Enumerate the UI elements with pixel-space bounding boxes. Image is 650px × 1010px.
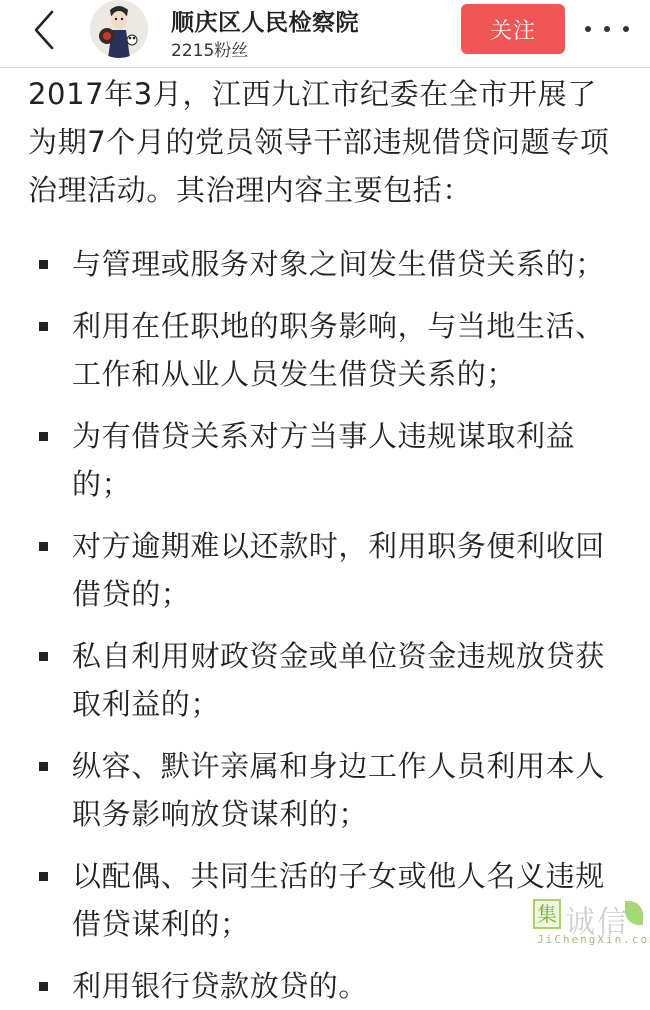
article-intro: 2017年3月，江西九江市纪委在全市开展了为期7个月的党员领导干部违规借贷问题专… bbox=[28, 70, 622, 214]
bullet-square-icon bbox=[39, 432, 48, 441]
watermark-logo-box: 集 bbox=[533, 899, 561, 929]
list-item: 对方逾期难以还款时，利用职务便利收回借贷的； bbox=[28, 522, 622, 618]
watermark-url: JiChengXin.com bbox=[537, 933, 650, 946]
bullet-square-icon bbox=[39, 652, 48, 661]
top-bar: 顺庆区人民检察院 2215粉丝 关注 bbox=[0, 0, 650, 68]
bullet-square-icon bbox=[39, 762, 48, 771]
follow-button[interactable]: 关注 bbox=[461, 4, 565, 54]
bullet-square-icon bbox=[39, 260, 48, 269]
bullet-square-icon bbox=[39, 322, 48, 331]
account-name[interactable]: 顺庆区人民检察院 bbox=[171, 4, 359, 37]
bullet-square-icon bbox=[39, 872, 48, 881]
list-item: 利用在任职地的职务影响，与当地生活、工作和从业人员发生借贷关系的； bbox=[28, 302, 622, 398]
article-body: 2017年3月，江西九江市纪委在全市开展了为期7个月的党员领导干部违规借贷问题专… bbox=[0, 68, 650, 948]
more-horizontal-icon bbox=[604, 26, 610, 32]
bullet-list: 与管理或服务对象之间发生借贷关系的； 利用在任职地的职务影响，与当地生活、工作和… bbox=[28, 240, 622, 948]
more-horizontal-icon bbox=[623, 26, 629, 32]
bullet-square-icon bbox=[39, 542, 48, 551]
list-item: 纵容、默许亲属和身边工作人员利用本人职务影响放贷谋利的； bbox=[28, 742, 622, 838]
site-watermark: 集 诚信 JiChengXin.com bbox=[533, 897, 650, 948]
cartoon-avatar-icon bbox=[90, 0, 148, 58]
more-horizontal-icon bbox=[585, 26, 591, 32]
fans-count: 2215粉丝 bbox=[171, 36, 248, 61]
chevron-left-icon bbox=[24, 8, 64, 52]
list-item: 与管理或服务对象之间发生借贷关系的； bbox=[28, 240, 622, 288]
list-item: 为有借贷关系对方当事人违规谋取利益的； bbox=[28, 412, 622, 508]
avatar[interactable] bbox=[90, 0, 148, 58]
more-button[interactable] bbox=[585, 14, 629, 44]
list-item: 私自利用财政资金或单位资金违规放贷获取利益的； bbox=[28, 632, 622, 728]
back-button[interactable] bbox=[24, 8, 64, 52]
